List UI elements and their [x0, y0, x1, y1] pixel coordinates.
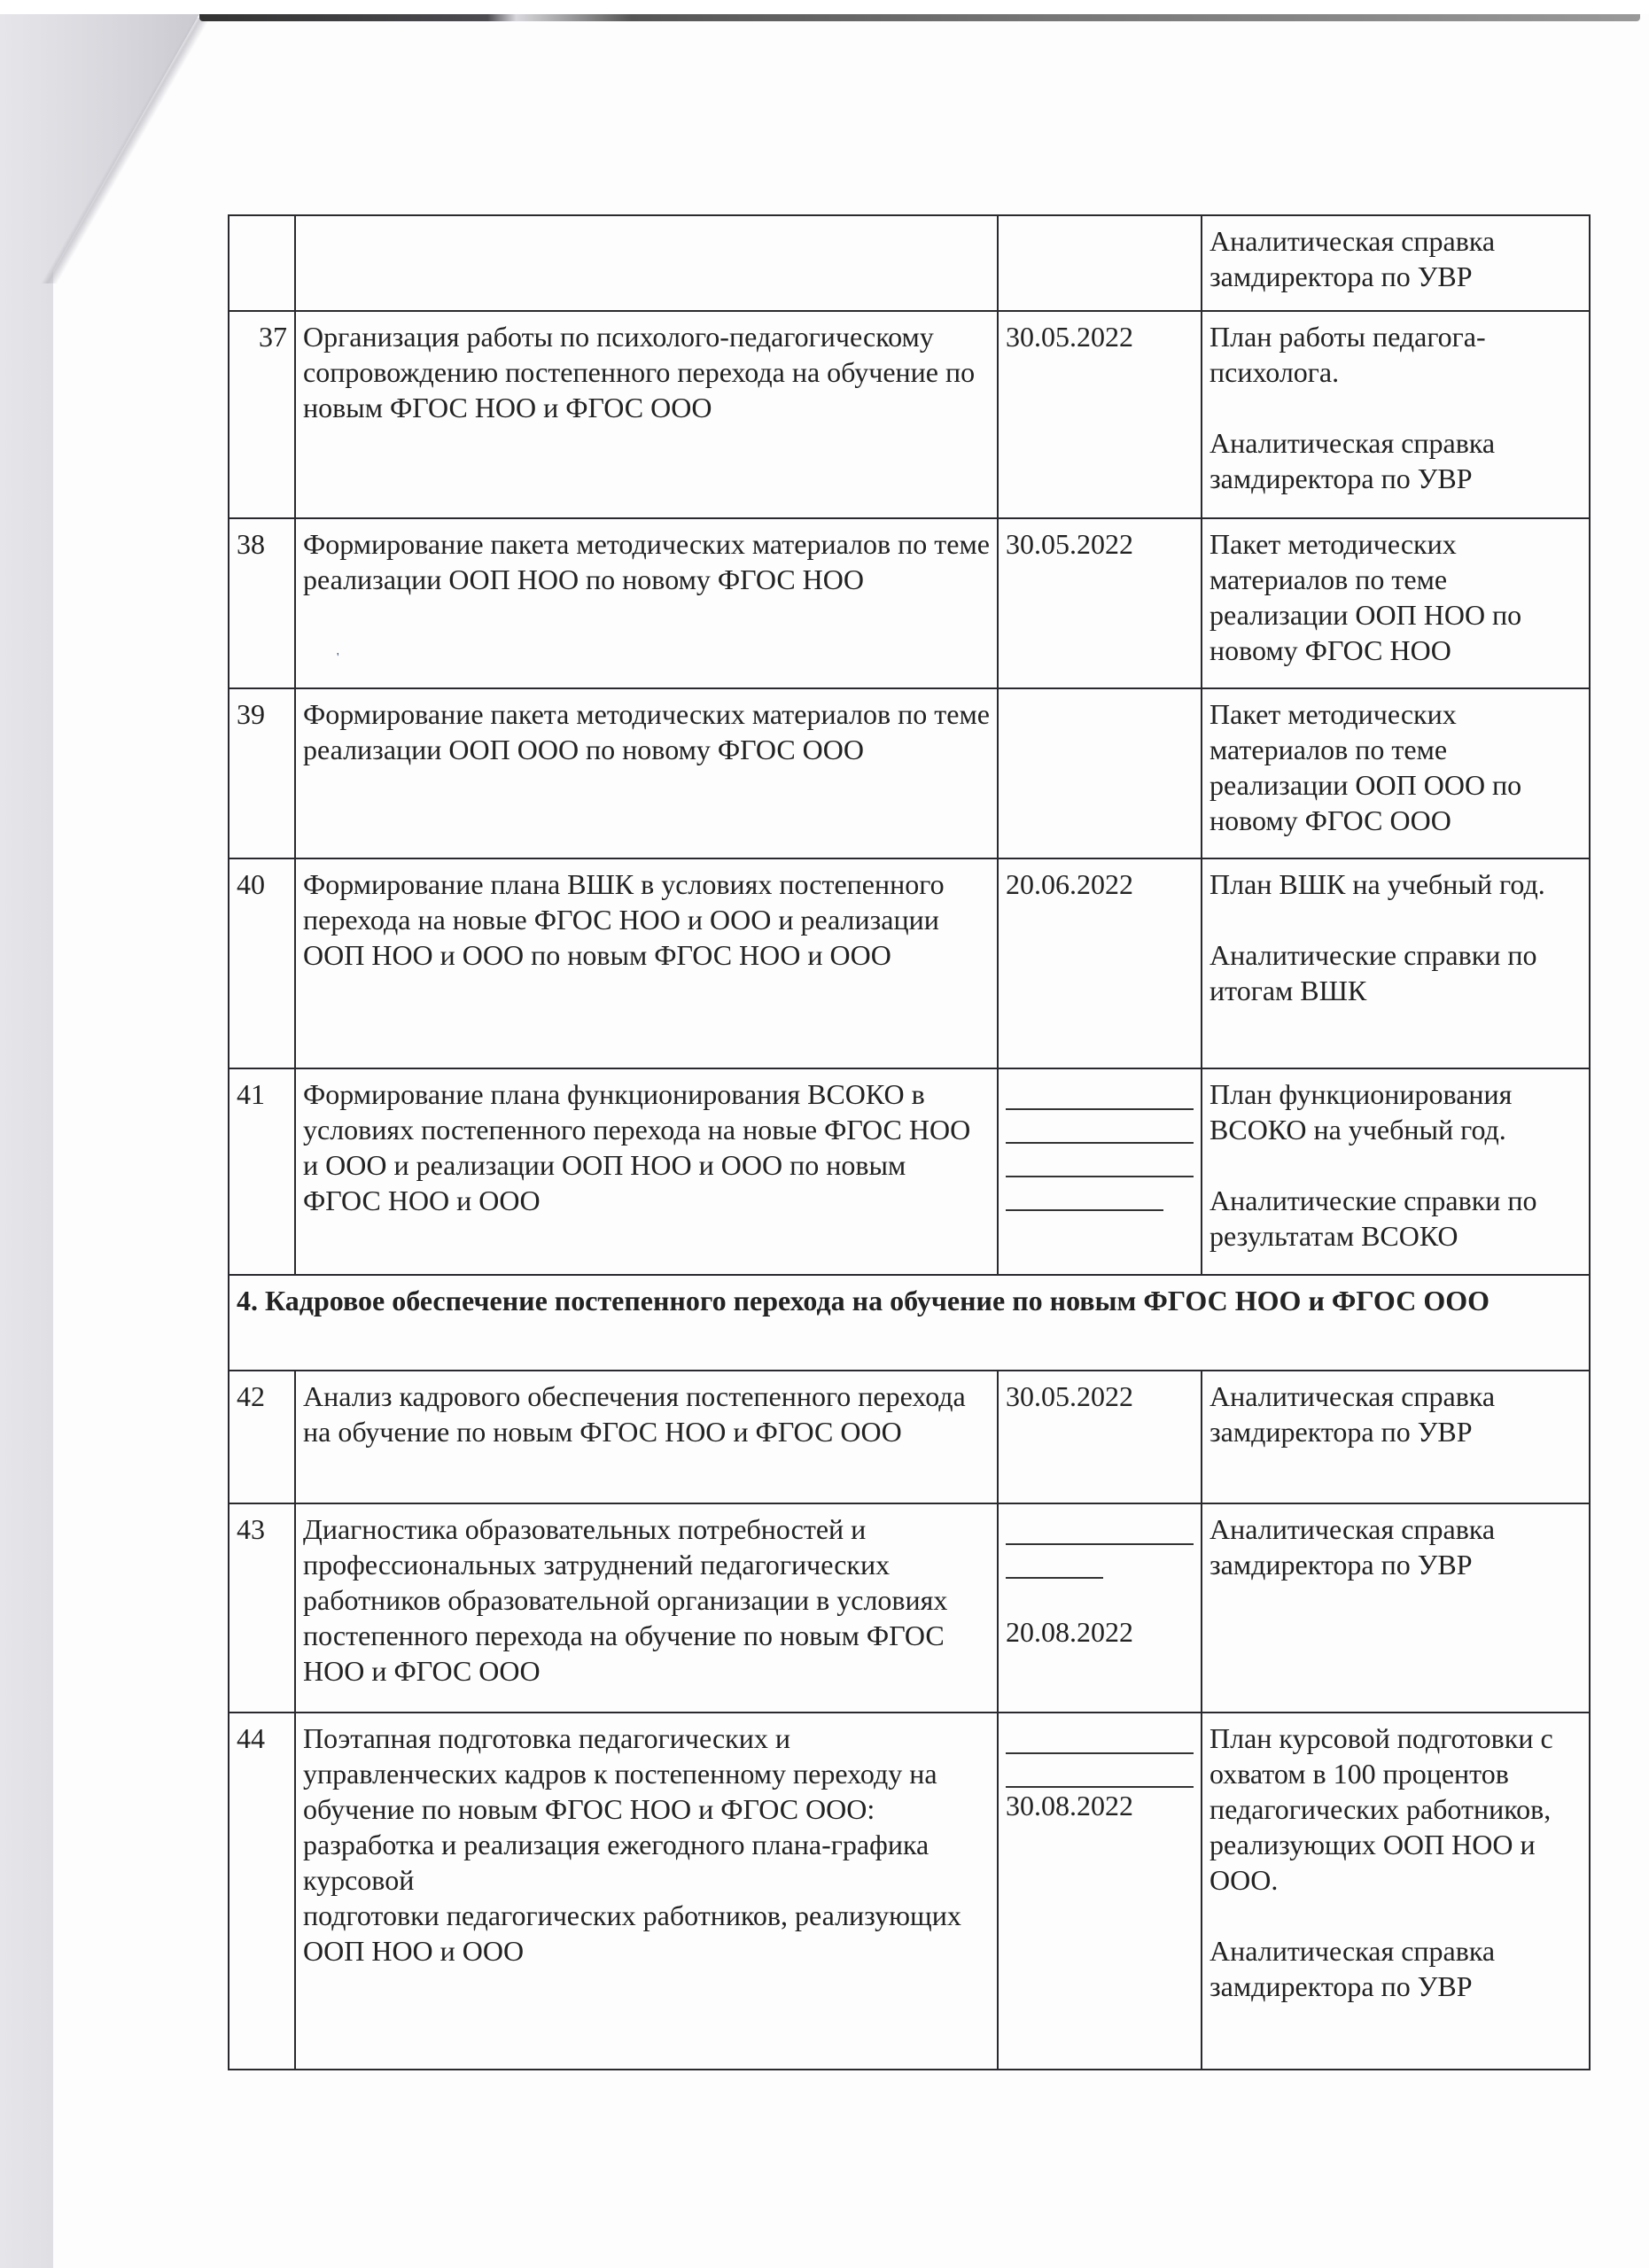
result-cell: Пакет методических материалов по теме ре… — [1202, 688, 1590, 858]
row-number: 40 — [229, 858, 295, 1068]
table-row: 43 Диагностика образовательных потребнос… — [229, 1503, 1590, 1713]
result-cell: План курсовой подготовки с охватом в 100… — [1202, 1713, 1590, 2070]
table-row: 38 Формирование пакета методических мате… — [229, 518, 1590, 688]
blank-line — [1006, 1511, 1194, 1545]
result-text: Аналитическая справка замдиректора по УВ… — [1210, 1933, 1582, 2004]
result-text: Аналитическая справка замдиректора по УВ… — [1210, 223, 1582, 294]
task-cell — [295, 215, 998, 311]
result-text: План работы педагога-психолога. — [1210, 319, 1582, 390]
task-cell: Формирование пакета методических материа… — [295, 518, 998, 688]
section-header-row: 4. Кадровое обеспечение постепенного пер… — [229, 1275, 1590, 1371]
task-cell: Формирование плана ВШК в условиях постеп… — [295, 858, 998, 1068]
row-number: 39 — [229, 688, 295, 858]
task-text: подготовки педагогических работников, ре… — [303, 1898, 990, 1969]
task-text: Поэтапная подготовка педагогических и уп… — [303, 1720, 990, 1898]
result-text: План ВШК на учебный год. — [1210, 866, 1582, 902]
action-plan-table: Аналитическая справка замдиректора по УВ… — [228, 214, 1591, 2070]
task-cell: Анализ кадрового обеспечения постепенног… — [295, 1371, 998, 1503]
section-title: 4. Кадровое обеспечение постепенного пер… — [229, 1275, 1590, 1371]
result-cell: План работы педагога-психолога. Аналитич… — [1202, 311, 1590, 518]
result-cell: Аналитическая справка замдиректора по УВ… — [1202, 1503, 1590, 1713]
blank-line — [1006, 1076, 1194, 1110]
deadline-cell: 20.06.2022 — [998, 858, 1202, 1068]
result-cell: Аналитическая справка замдиректора по УВ… — [1202, 1371, 1590, 1503]
page-top-edge — [199, 14, 1640, 21]
blank-line — [1006, 1545, 1103, 1579]
table-row: 39 Формирование пакета методических мате… — [229, 688, 1590, 858]
deadline-cell: 30.05.2022 — [998, 1371, 1202, 1503]
deadline-cell — [998, 688, 1202, 858]
row-number: 37 — [229, 311, 295, 518]
result-cell: Пакет методических материалов по теме ре… — [1202, 518, 1590, 688]
ink-speck: ' — [337, 651, 339, 665]
task-cell: Организация работы по психолого-педагоги… — [295, 311, 998, 518]
deadline-cell: 30.05.2022 — [998, 518, 1202, 688]
task-cell: Диагностика образовательных потребностей… — [295, 1503, 998, 1713]
table-row: 40 Формирование плана ВШК в условиях пос… — [229, 858, 1590, 1068]
deadline-cell: 20.08.2022 — [998, 1503, 1202, 1713]
blank-line — [1006, 1754, 1194, 1788]
table-row: 44 Поэтапная подготовка педагогических и… — [229, 1713, 1590, 2070]
task-cell: Формирование плана функционирования ВСОК… — [295, 1068, 998, 1275]
table-row: 41 Формирование плана функционирования В… — [229, 1068, 1590, 1275]
row-number: 38 — [229, 518, 295, 688]
table-row: 37 Организация работы по психолого-педаг… — [229, 311, 1590, 518]
result-text: Аналитические справки по итогам ВШК — [1210, 937, 1582, 1008]
row-number: 44 — [229, 1713, 295, 2070]
result-text: План функционирования ВСОКО на учебный г… — [1210, 1076, 1582, 1147]
scan-top-margin — [0, 0, 1649, 14]
deadline-date: 20.08.2022 — [1006, 1614, 1194, 1650]
task-cell: Поэтапная подготовка педагогических и уп… — [295, 1713, 998, 2070]
blank-line — [1006, 1144, 1194, 1177]
table-row-continuation: Аналитическая справка замдиректора по УВ… — [229, 215, 1590, 311]
result-text: Аналитическая справка замдиректора по УВ… — [1210, 425, 1582, 496]
row-number: 42 — [229, 1371, 295, 1503]
blank-line — [1006, 1177, 1163, 1211]
result-cell: Аналитическая справка замдиректора по УВ… — [1202, 215, 1590, 311]
result-text: Аналитические справки по результатам ВСО… — [1210, 1183, 1582, 1254]
result-text: План курсовой подготовки с охватом в 100… — [1210, 1720, 1582, 1898]
blank-line — [1006, 1720, 1194, 1754]
result-text: Аналитическая справка замдиректора по УВ… — [1210, 1379, 1582, 1449]
result-cell: План функционирования ВСОКО на учебный г… — [1202, 1068, 1590, 1275]
deadline-cell — [998, 215, 1202, 311]
result-text: Пакет методических материалов по теме ре… — [1210, 696, 1582, 838]
row-number: 43 — [229, 1503, 295, 1713]
deadline-cell: 30.08.2022 — [998, 1713, 1202, 2070]
row-number: 41 — [229, 1068, 295, 1275]
result-cell: План ВШК на учебный год. Аналитические с… — [1202, 858, 1590, 1068]
deadline-cell — [998, 1068, 1202, 1275]
task-cell: Формирование пакета методических материа… — [295, 688, 998, 858]
result-text: Аналитическая справка замдиректора по УВ… — [1210, 1511, 1582, 1582]
deadline-cell: 30.05.2022 — [998, 311, 1202, 518]
table-row: 42 Анализ кадрового обеспечения постепен… — [229, 1371, 1590, 1503]
row-number — [229, 215, 295, 311]
page-fold-crease — [35, 18, 213, 283]
deadline-date: 30.08.2022 — [1006, 1788, 1194, 1823]
blank-line — [1006, 1110, 1194, 1144]
result-text: Пакет методических материалов по теме ре… — [1210, 526, 1582, 668]
